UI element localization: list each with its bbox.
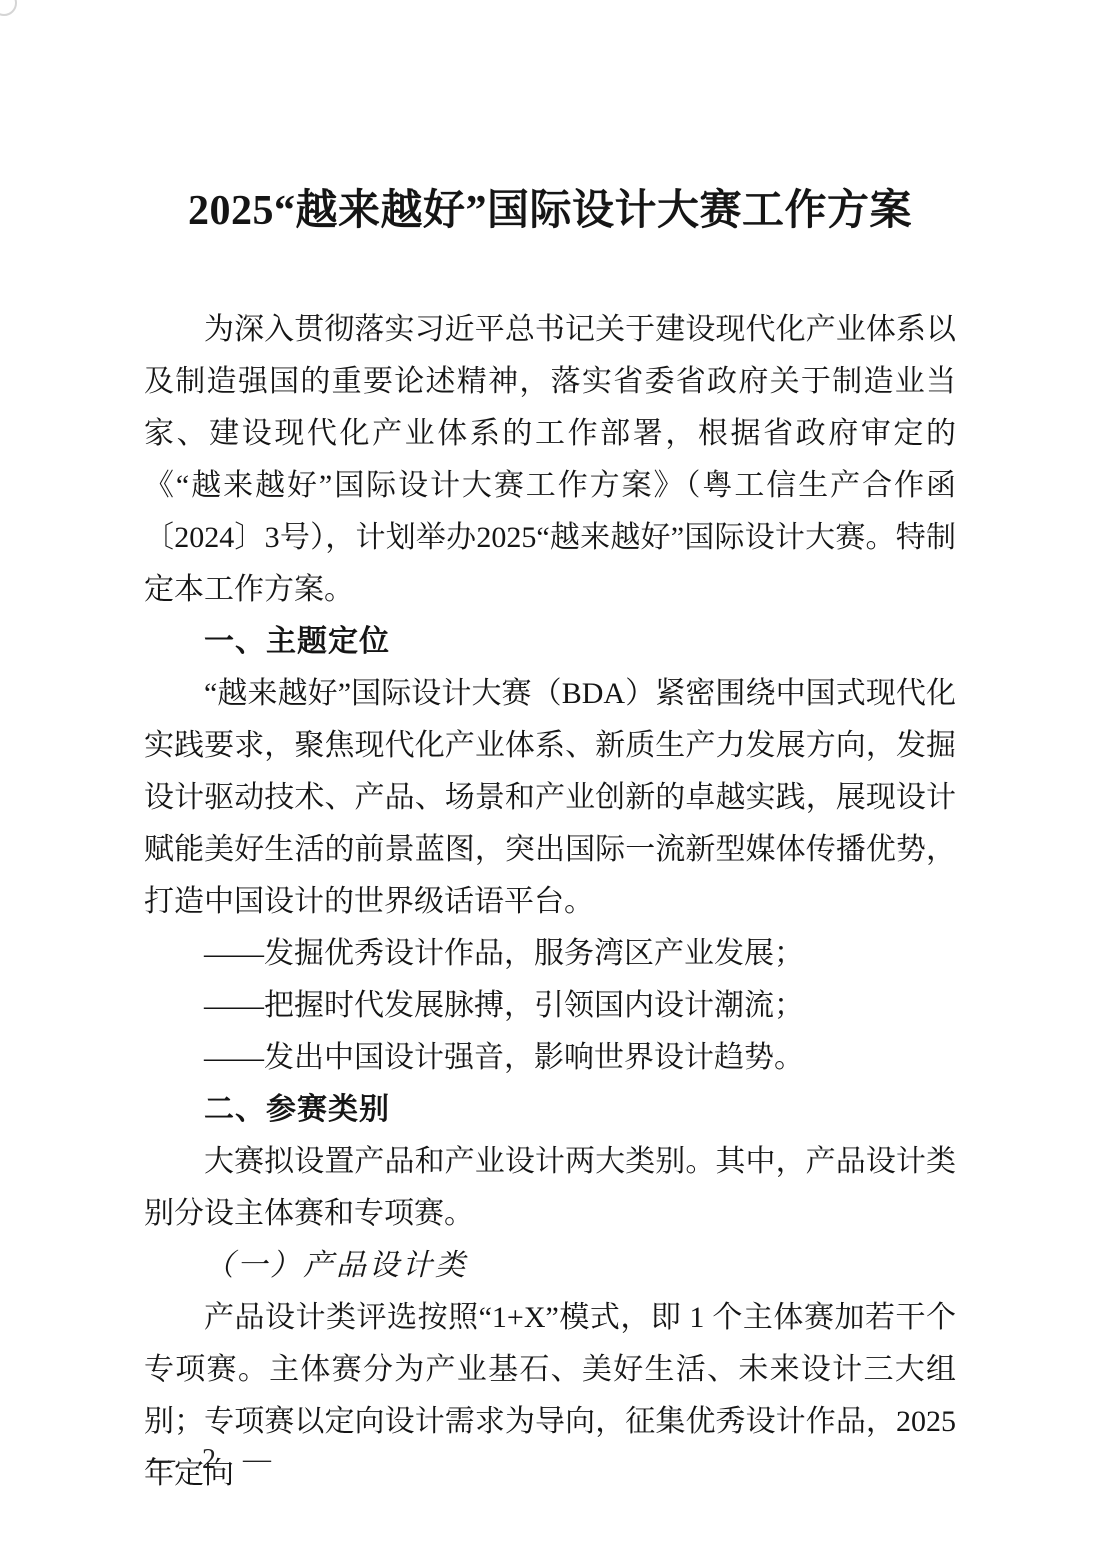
page-number: — 2 — — [147, 1440, 281, 1480]
section-heading-1: 一、主题定位 — [144, 616, 956, 668]
section-heading-2: 二、参赛类别 — [144, 1084, 956, 1136]
category-paragraph: 大赛拟设置产品和产业设计两大类别。其中，产品设计类别分设主体赛和专项赛。 — [144, 1136, 956, 1240]
document-title: 2025“越来越好”国际设计大赛工作方案 — [144, 186, 956, 236]
document-page: 2025“越来越好”国际设计大赛工作方案 为深入贯彻落实习近平总书记关于建设现代… — [0, 0, 1102, 1559]
dash-item-3: ——发出中国设计强音，影响世界设计趋势。 — [144, 1032, 956, 1084]
sub-section-heading-1: （一）产品设计类 — [144, 1240, 956, 1292]
theme-paragraph: “越来越好”国际设计大赛（BDA）紧密围绕中国式现代化实践要求，聚焦现代化产业体… — [144, 668, 956, 928]
dash-item-1: ——发掘优秀设计作品，服务湾区产业发展； — [144, 928, 956, 980]
document-body: 为深入贯彻落实习近平总书记关于建设现代化产业体系以及制造强国的重要论述精神，落实… — [144, 304, 956, 1500]
dash-item-2: ——把握时代发展脉搏，引领国内设计潮流； — [144, 980, 956, 1032]
intro-paragraph: 为深入贯彻落实习近平总书记关于建设现代化产业体系以及制造强国的重要论述精神，落实… — [144, 304, 956, 616]
page-curl-artifact — [0, 0, 17, 16]
